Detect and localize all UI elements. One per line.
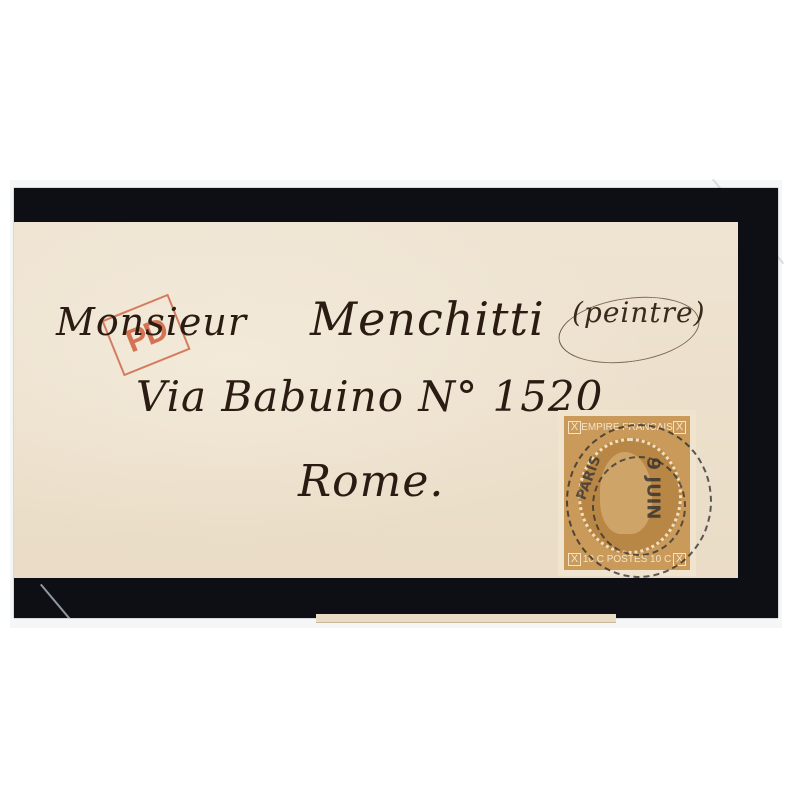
stamp-corner-x: X <box>568 421 581 434</box>
address-city: Rome. <box>298 456 444 507</box>
address-salutation: Monsieur <box>56 300 247 344</box>
stamp-corner-x: X <box>568 553 581 566</box>
postmark-date: 9 JUIN <box>642 458 663 520</box>
postmark-month: JUIN <box>642 476 663 519</box>
envelope-flap-edge <box>316 614 616 623</box>
address-note: (peintre) <box>572 296 706 329</box>
postmark-day: 9 <box>642 458 663 471</box>
postmark-inner-ring <box>592 456 686 556</box>
address-street: Via Babuino N° 1520 <box>136 372 603 421</box>
stamp-corner-x: X <box>673 421 686 434</box>
address-name: Menchitti <box>310 292 545 346</box>
